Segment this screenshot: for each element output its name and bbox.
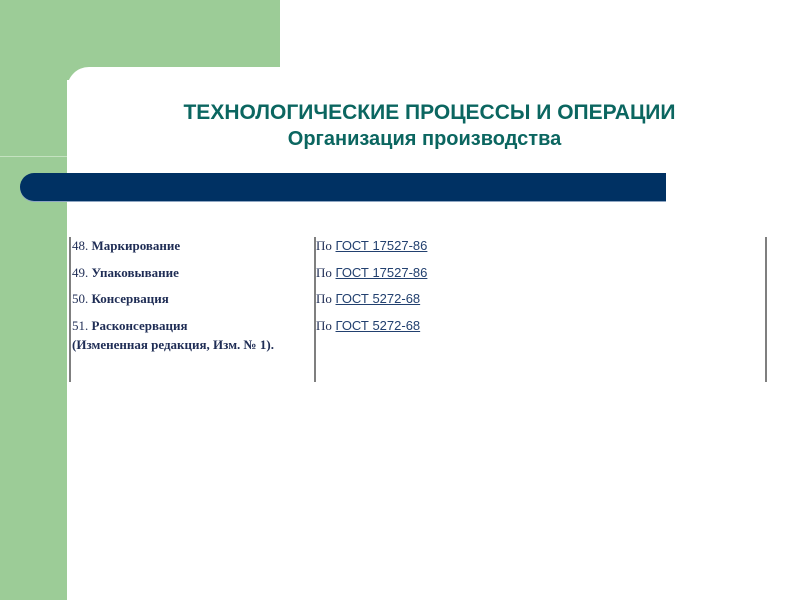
operation-name: Расконсервация <box>92 318 188 333</box>
reference-prefix: По <box>316 291 332 306</box>
table-row: По ГОСТ 17527-86 <box>316 237 756 264</box>
reference-prefix: По <box>316 318 332 333</box>
decorative-green-strip <box>0 0 67 600</box>
table-row: По ГОСТ 5272-68 <box>316 290 756 317</box>
table-row: 50. Консервация <box>72 290 316 317</box>
slide-title: ТЕХНОЛОГИЧЕСКИЕ ПРОЦЕССЫ И ОПЕРАЦИИ Орга… <box>67 100 800 152</box>
table-row: По ГОСТ 17527-86 <box>316 264 756 291</box>
table-row: 49. Упаковывание <box>72 264 316 291</box>
row-number: 48. <box>72 238 88 253</box>
row-number: 49. <box>72 265 88 280</box>
row-number: 50. <box>72 291 88 306</box>
operation-name: Консервация <box>92 291 169 306</box>
row-number: 51. <box>72 318 88 333</box>
amendment-note: (Измененная редакция, Изм. № 1). <box>72 336 315 353</box>
reference-prefix: По <box>316 238 332 253</box>
gost-link[interactable]: ГОСТ 5272-68 <box>336 318 421 333</box>
title-subtitle: Организация производства <box>49 126 800 152</box>
table-operations-column: 48. Маркирование 49. Упаковывание 50. Ко… <box>72 237 316 353</box>
gost-link[interactable]: ГОСТ 5272-68 <box>336 291 421 306</box>
decorative-navy-bar <box>20 173 666 201</box>
decorative-line <box>0 156 67 157</box>
operation-name: Упаковывание <box>92 265 179 280</box>
title-main: ТЕХНОЛОГИЧЕСКИЕ ПРОЦЕССЫ И ОПЕРАЦИИ <box>59 100 800 126</box>
gost-link[interactable]: ГОСТ 17527-86 <box>336 238 428 253</box>
table-border-right <box>765 237 767 382</box>
table-row: По ГОСТ 5272-68 <box>316 317 756 344</box>
gost-link[interactable]: ГОСТ 17527-86 <box>336 265 428 280</box>
reference-prefix: По <box>316 265 332 280</box>
table-border-left <box>69 237 71 382</box>
table-row: 48. Маркирование <box>72 237 316 264</box>
operation-name: Маркирование <box>92 238 181 253</box>
table-reference-column: По ГОСТ 17527-86 По ГОСТ 17527-86 По ГОС… <box>316 237 756 343</box>
